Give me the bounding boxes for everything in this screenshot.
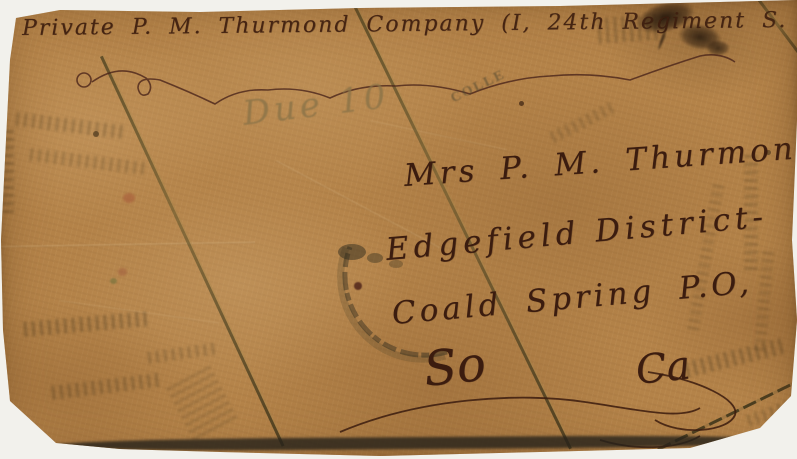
ghost-print-smudge — [549, 100, 619, 143]
corner-edge-shadow — [4, 402, 49, 447]
envelope-paper: Private P. M. Thurmond Company (I, 24th … — [0, 0, 797, 459]
ink-speck — [519, 101, 524, 106]
pen-flourish — [77, 55, 735, 104]
ghost-print-smudge — [147, 342, 218, 364]
paper-crease — [0, 242, 255, 248]
ghost-stamp-fragment: COLLE — [448, 67, 508, 107]
rust-stain — [123, 193, 135, 203]
ghost-print-smudge — [684, 337, 789, 378]
postage-due-marking: Due 10 — [241, 76, 392, 134]
ghost-print-smudge — [29, 148, 148, 175]
address-state-so: So — [421, 336, 488, 398]
ghost-print-smudge — [15, 112, 128, 140]
bottom-edge-shadow — [52, 434, 792, 451]
scanned-envelope-image: Private P. M. Thurmond Company (I, 24th … — [0, 0, 797, 459]
ink-speck — [354, 282, 362, 290]
rust-stain — [118, 268, 127, 276]
paper-crease — [370, 120, 507, 151]
ghost-print-smudge — [23, 311, 152, 337]
ghost-print-smudge — [2, 128, 14, 213]
ink-speck — [93, 131, 99, 137]
ghost-print-smudge — [166, 365, 238, 441]
ghost-print-smudge — [51, 372, 164, 400]
mildew-spot — [110, 278, 117, 284]
ink-cancel-smudge — [706, 40, 730, 56]
address-state-ca: Ca — [634, 342, 693, 393]
